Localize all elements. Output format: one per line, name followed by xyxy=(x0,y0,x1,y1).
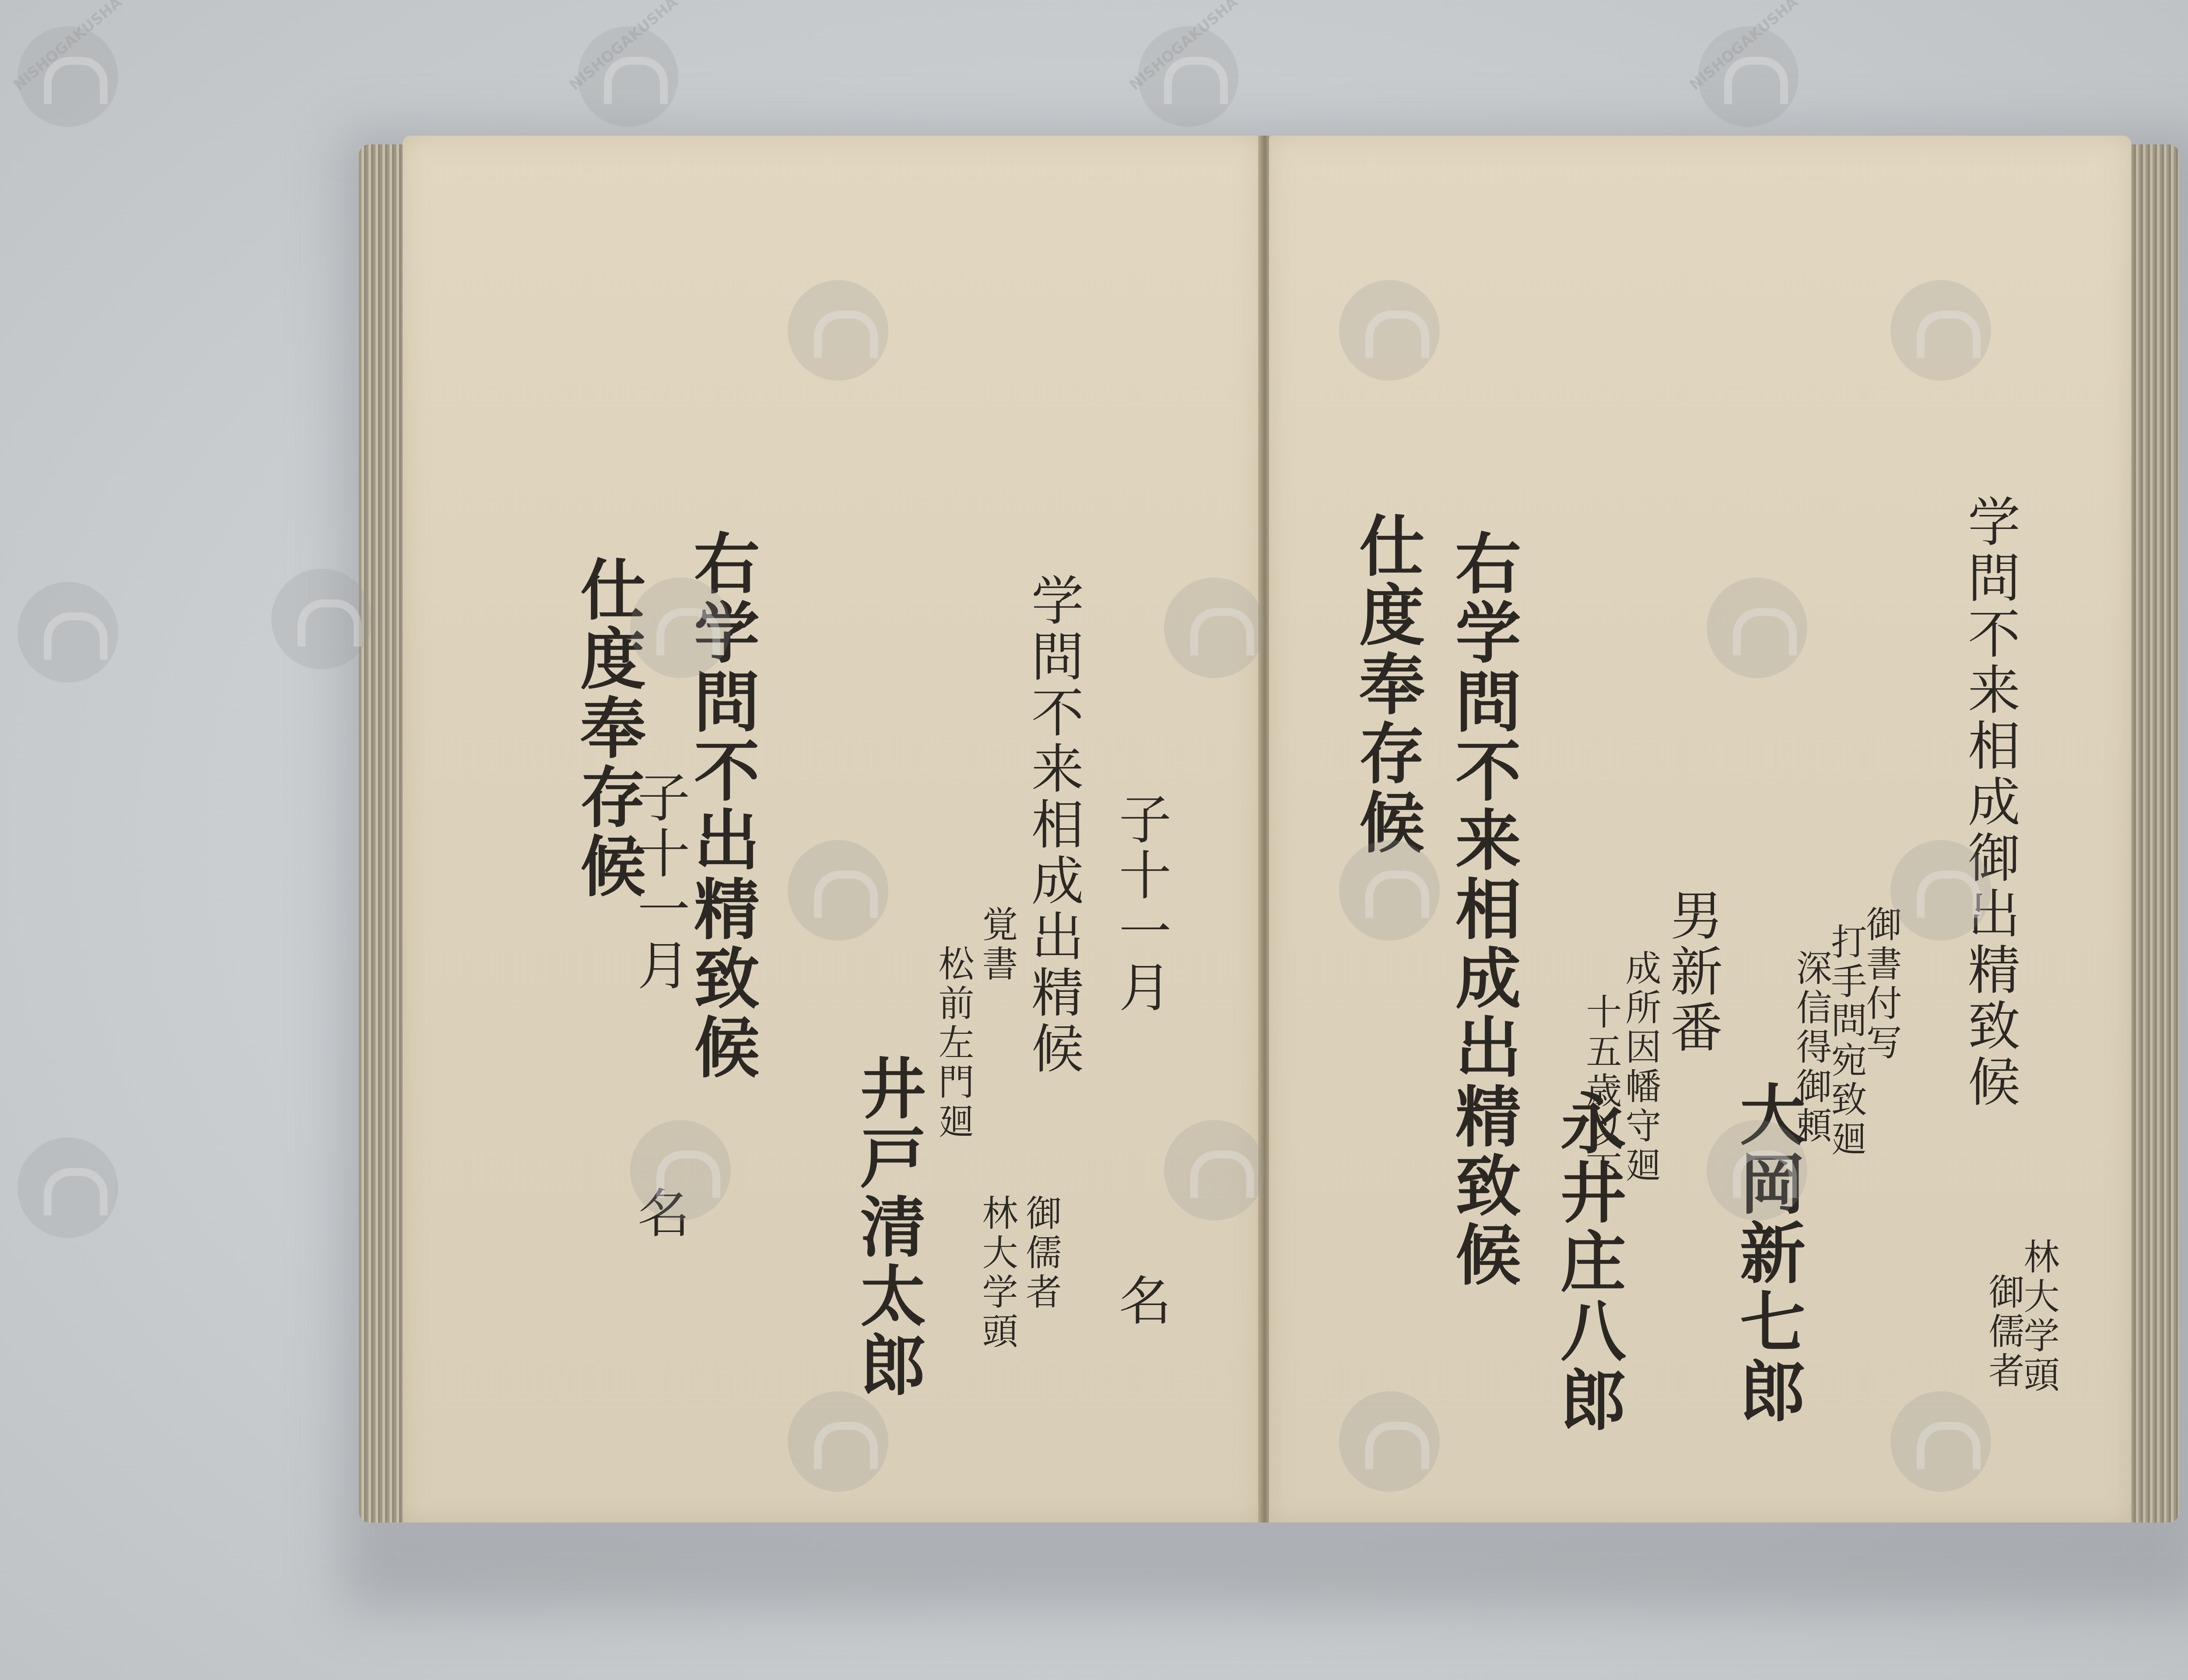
watermark-logo-icon xyxy=(1339,280,1440,381)
text-column: 御儒者 xyxy=(1978,1273,2029,1391)
text-column: 右学問不来相成出精致候 xyxy=(1435,529,1530,1290)
open-book: 子十一月 名 学問不来相成出精候 覚書 松前左門廻 井戸清太郎 林大学頭 御儒者… xyxy=(359,131,2179,1522)
watermark-logo-icon xyxy=(1164,577,1265,678)
text-column: 永井庄八郎 xyxy=(1540,1089,1635,1435)
text-column: 井戸清太郎 xyxy=(840,1054,935,1400)
page-edges-right xyxy=(2127,144,2179,1522)
text-column: 名 xyxy=(1103,1273,1178,1329)
watermark-logo-icon xyxy=(630,577,731,678)
watermark-logo-icon xyxy=(1164,1120,1265,1221)
text-column: 御儒者 xyxy=(1015,1194,1066,1312)
text-column: 松前左門廻 xyxy=(928,945,979,1142)
text-column: 学問不来相成御出精致候 xyxy=(1952,494,2027,1110)
watermark-logo-icon xyxy=(630,1120,731,1221)
watermark-logo-icon xyxy=(1707,577,1807,678)
watermark-logo-icon xyxy=(18,1137,118,1238)
text-column: 学問不来相成出精候 xyxy=(1015,573,1090,1077)
watermark-logo-icon xyxy=(18,582,118,682)
text-column: 子十一月 xyxy=(1103,792,1178,1016)
watermark-logo-icon xyxy=(1339,1391,1440,1492)
watermark-logo-icon xyxy=(788,1391,888,1492)
watermark-logo-icon xyxy=(1339,840,1440,941)
text-column: 覚書 xyxy=(971,906,1023,984)
watermark-logo-icon xyxy=(1707,1120,1807,1221)
watermark-logo-icon xyxy=(271,569,372,669)
watermark-logo-icon xyxy=(788,840,888,941)
text-column: 仕度奉存候 xyxy=(1339,512,1434,857)
watermark-logo-icon xyxy=(1890,280,1991,381)
watermark-logo-icon xyxy=(1890,840,1991,941)
watermark-logo-icon xyxy=(788,280,888,381)
watermark-logo-icon xyxy=(1890,1391,1991,1492)
